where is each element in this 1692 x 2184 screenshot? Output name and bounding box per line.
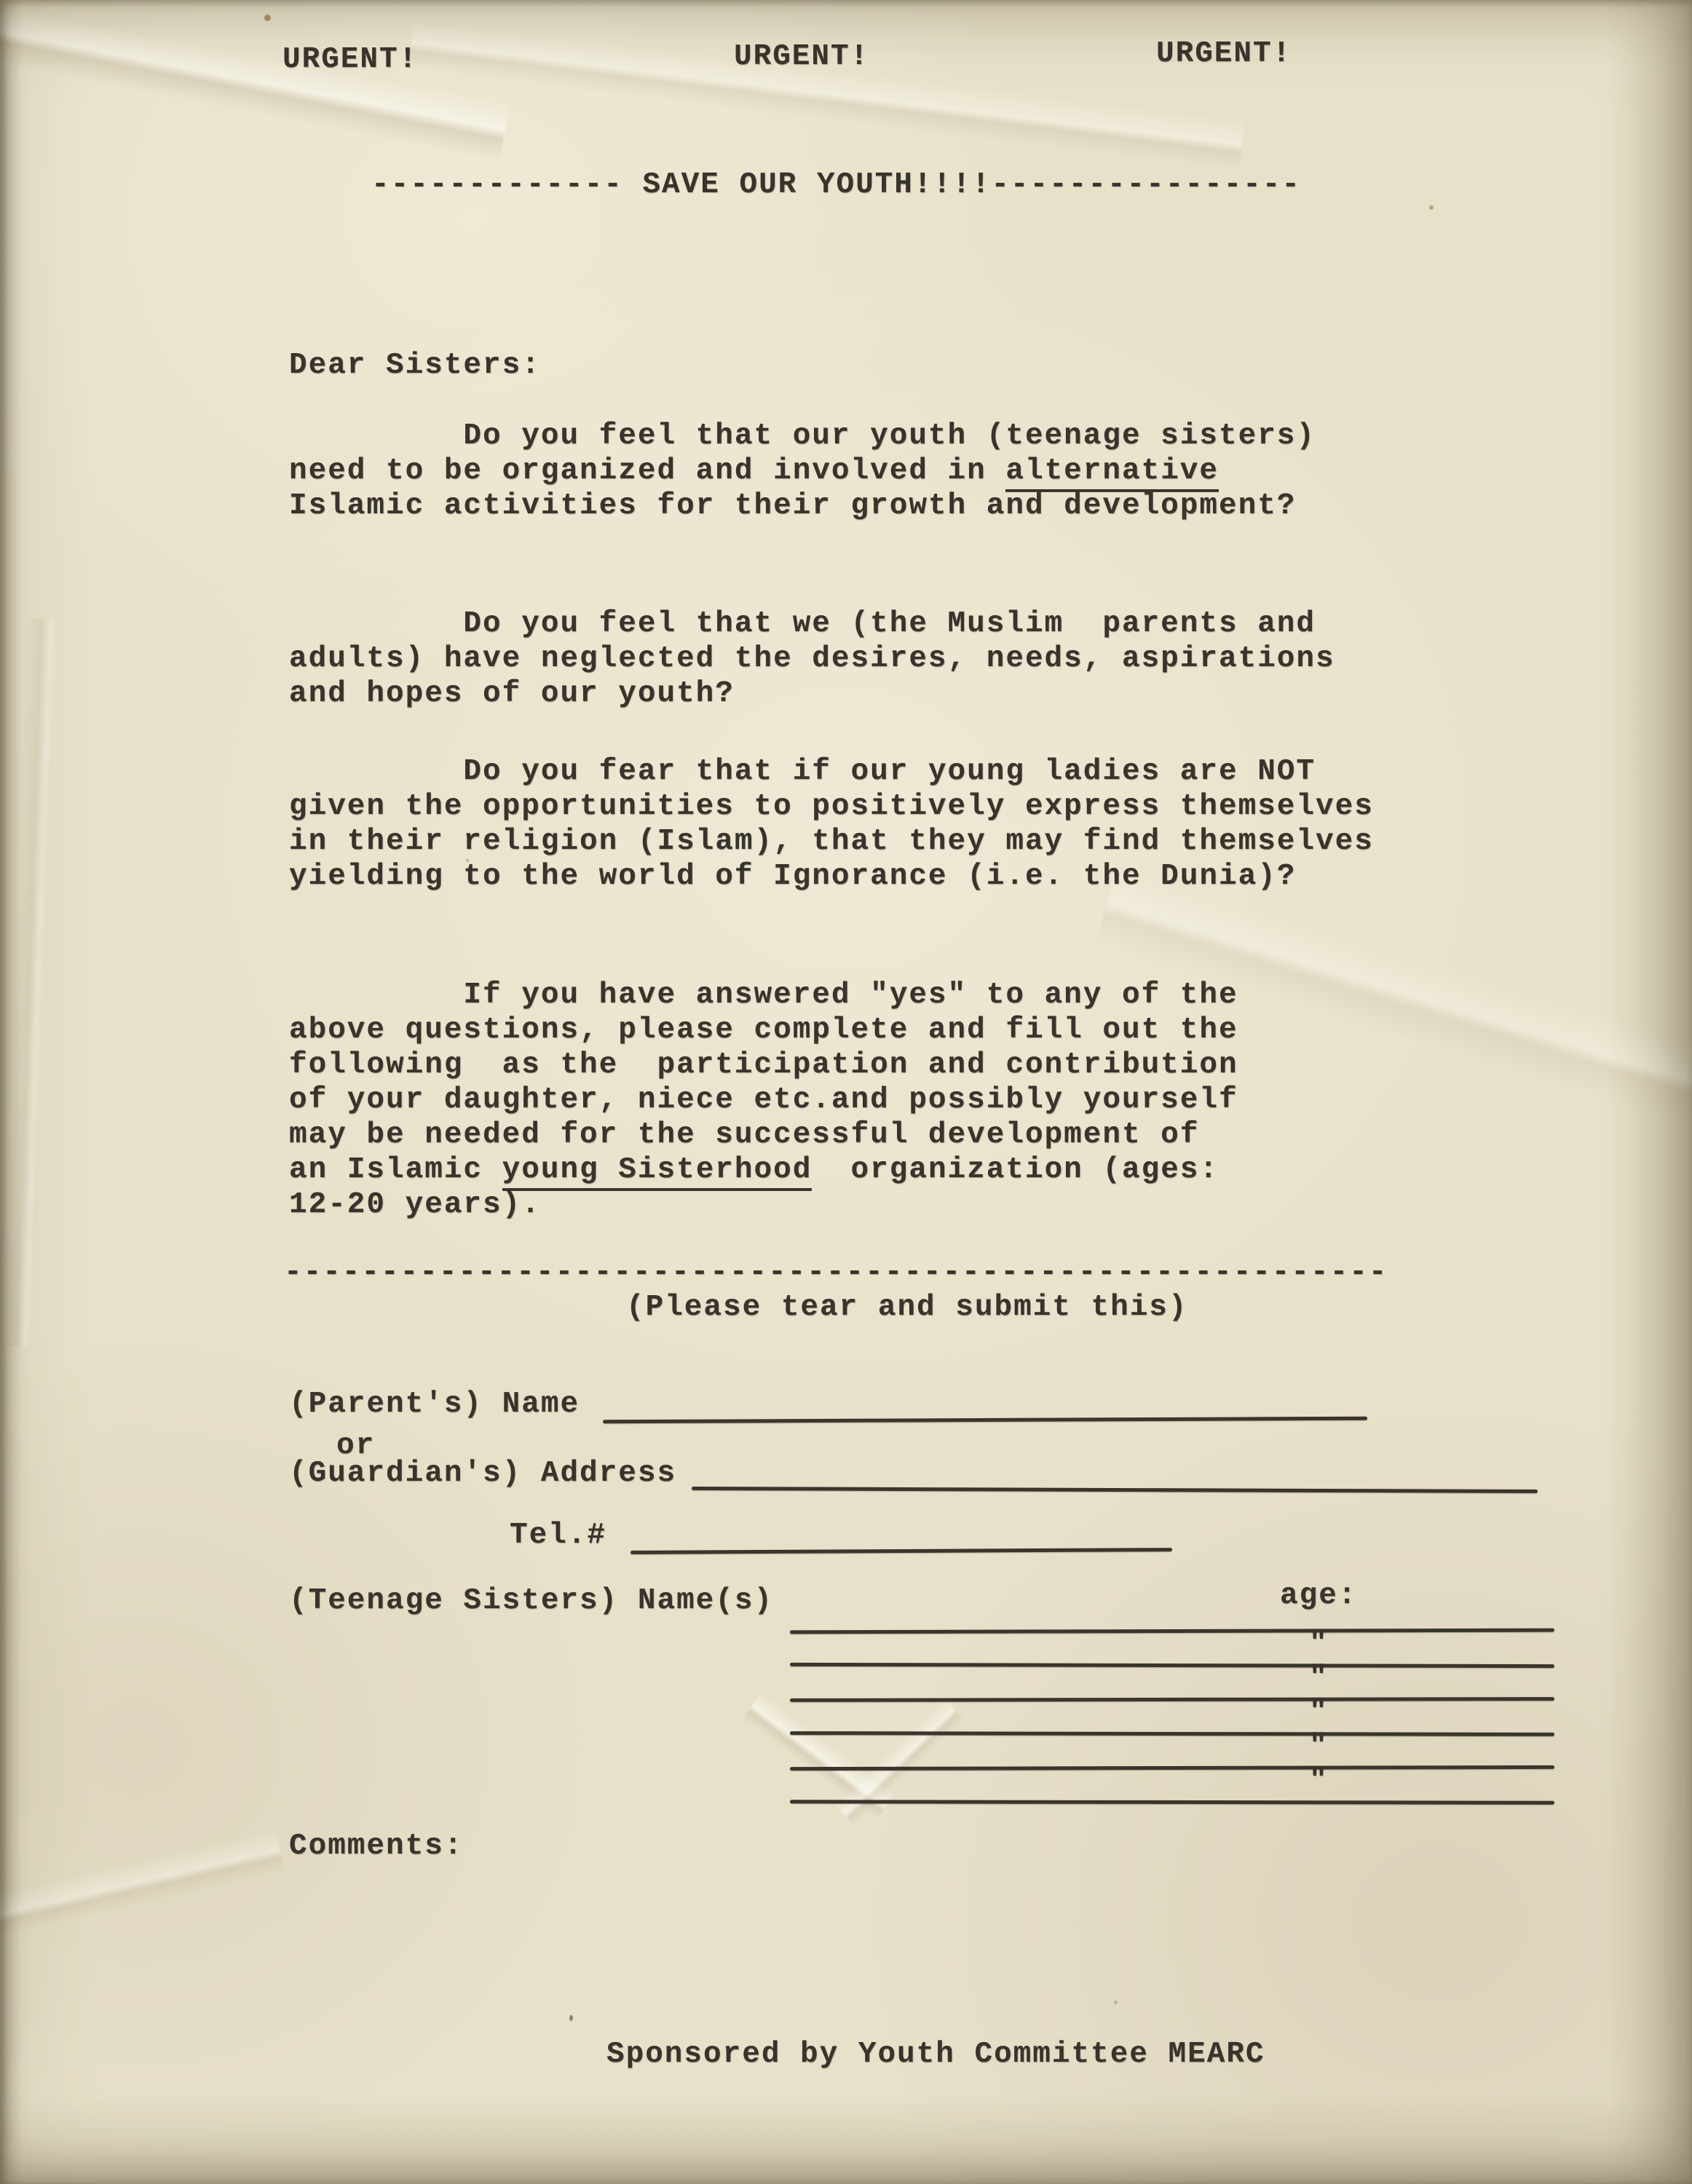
age-label: age: — [1280, 1578, 1357, 1613]
tear-divider-dashes: ----------------------------------------… — [284, 1255, 1388, 1290]
urgent-heading-2: URGENT! — [734, 39, 869, 74]
sister-name-line-5 — [790, 1765, 1554, 1770]
comments-label: Comments: — [289, 1829, 463, 1864]
sister-name-line-3 — [790, 1697, 1554, 1702]
paper-speck — [569, 2015, 573, 2021]
tear-note: (Please tear and submit this) — [626, 1290, 1188, 1325]
paper-speck — [264, 15, 271, 21]
paper-crease — [0, 1829, 285, 1942]
paper-speck — [1114, 2001, 1118, 2004]
paper-speck — [1429, 205, 1434, 210]
paragraph-question-2: Do you feel that we (the Muslim parents … — [289, 606, 1335, 711]
age-ditto-mark-4: " — [1309, 1729, 1329, 1764]
sister-name-line-4 — [790, 1731, 1554, 1736]
scanned-document: URGENT! URGENT! URGENT! ------------- SA… — [0, 0, 1692, 2184]
urgent-heading-1: URGENT! — [282, 42, 418, 77]
sister-name-line-2 — [790, 1663, 1554, 1668]
guardian-address-line — [692, 1487, 1538, 1493]
age-ditto-mark-5: " — [1309, 1763, 1329, 1798]
parent-name-label: (Parent's) Name — [289, 1387, 580, 1422]
paper-crease — [0, 0, 510, 162]
age-ditto-mark-1: " — [1309, 1626, 1329, 1661]
age-ditto-mark-2: " — [1309, 1661, 1329, 1696]
sister-name-line-1 — [790, 1629, 1554, 1634]
sister-name-line-6 — [790, 1800, 1554, 1804]
guardian-address-label: (Guardian's) Address — [289, 1456, 676, 1491]
paper-crease — [834, 1698, 965, 1826]
salutation: Dear Sisters: — [289, 348, 541, 383]
sponsor-line: Sponsored by Youth Committee MEARC — [606, 2037, 1265, 2072]
tel-line — [630, 1548, 1172, 1554]
paragraph-question-1: Do you feel that our youth (teenage sist… — [289, 419, 1316, 523]
paper-crease — [2, 619, 57, 1348]
age-ditto-mark-3: " — [1309, 1695, 1329, 1730]
page-title: ------------- SAVE OUR YOUTH!!!!--------… — [371, 167, 1301, 202]
paragraph-question-3: Do you fear that if our young ladies are… — [289, 754, 1374, 894]
paragraph-instructions: If you have answered "yes" to any of the… — [289, 978, 1238, 1222]
urgent-heading-3: URGENT! — [1156, 36, 1292, 71]
tel-label: Tel.# — [510, 1518, 606, 1553]
teenage-sisters-label: (Teenage Sisters) Name(s) — [289, 1583, 773, 1618]
parent-name-line — [603, 1417, 1367, 1424]
